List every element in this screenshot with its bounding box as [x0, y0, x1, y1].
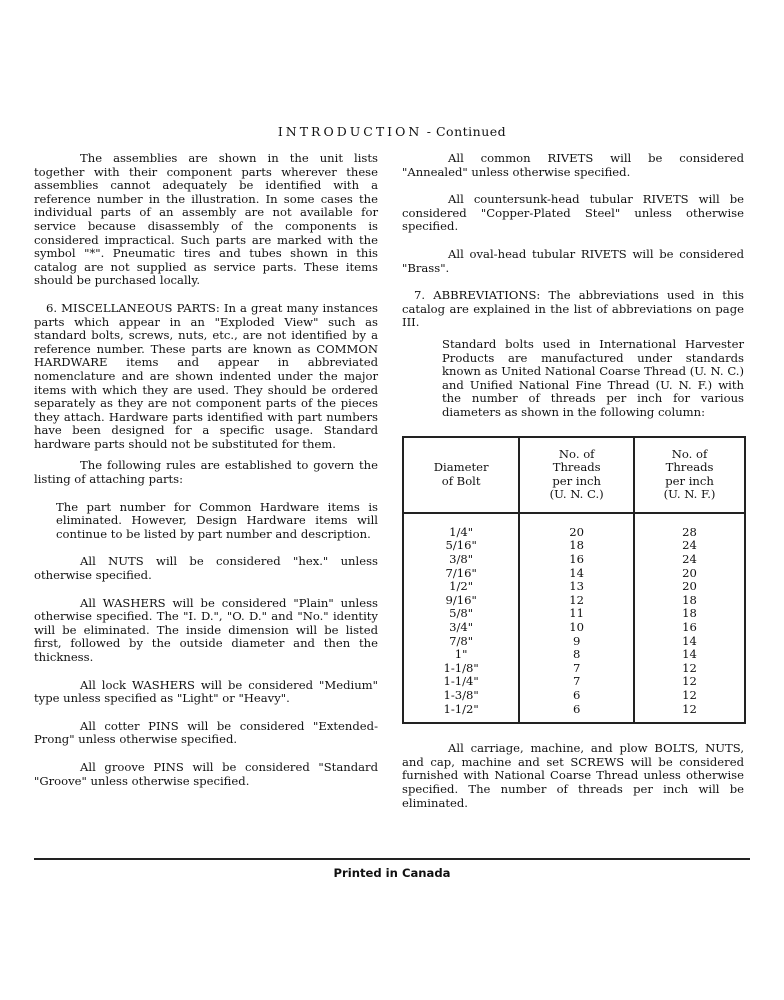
bolt-diameter-cell: 1/2"	[403, 580, 519, 594]
unf-threads-cell: 14	[634, 635, 745, 649]
assemblies-paragraph: The assemblies are shown in the unit lis…	[34, 152, 378, 288]
page-subtitle: Continued	[436, 124, 506, 139]
unc-threads-cell: 6	[519, 689, 634, 703]
table-row: 5/16"1824	[403, 539, 745, 553]
unf-threads-cell: 20	[634, 580, 745, 594]
groove-pins-rule: All groove PINS will be considered "Stan…	[34, 761, 378, 788]
page-title: INTRODUCTION	[278, 124, 422, 139]
table-row: 7/8"914	[403, 635, 745, 649]
bolt-diameter-cell: 5/8"	[403, 607, 519, 621]
unf-threads-cell: 20	[634, 567, 745, 581]
unf-threads-header: No. of Threads per inch (U. N. F.)	[634, 437, 745, 513]
table-row: 1-1/8"712	[403, 662, 745, 676]
bolt-diameter-cell: 7/8"	[403, 635, 519, 649]
cotter-pins-rule: All cotter PINS will be considered "Exte…	[34, 720, 378, 747]
lock-washers-rule: All lock WASHERS will be considered "Med…	[34, 679, 378, 706]
unf-threads-cell: 12	[634, 675, 745, 689]
bolt-diameter-cell: 5/16"	[403, 539, 519, 553]
footer-divider	[34, 858, 750, 860]
unc-threads-cell: 7	[519, 675, 634, 689]
table-row: 1-1/4"712	[403, 675, 745, 689]
bolt-diameter-cell: 1"	[403, 648, 519, 662]
common-rivets-rule: All common RIVETS will be considered "An…	[402, 152, 744, 179]
bolt-diameter-cell: 7/16"	[403, 567, 519, 581]
unc-threads-cell: 14	[519, 567, 634, 581]
washers-rule: All WASHERS will be considered "Plain" u…	[34, 597, 378, 665]
title-separator: -	[422, 124, 436, 139]
unc-threads-cell: 6	[519, 703, 634, 724]
unf-threads-cell: 18	[634, 594, 745, 608]
bolt-diameter-cell: 1-3/8"	[403, 689, 519, 703]
abbreviations-section: 7. ABBREVIATIONS: The abbreviations used…	[402, 289, 744, 330]
bolt-diameter-cell: 9/16"	[403, 594, 519, 608]
unf-threads-cell: 16	[634, 621, 745, 635]
table-row: 1-3/8"612	[403, 689, 745, 703]
unf-threads-cell: 28	[634, 513, 745, 540]
left-column: The assemblies are shown in the unit lis…	[34, 152, 378, 802]
bolt-diameter-cell: 3/4"	[403, 621, 519, 635]
unc-threads-cell: 20	[519, 513, 634, 540]
table-row: 9/16"1218	[403, 594, 745, 608]
common-hardware-rule: The part number for Common Hardware item…	[56, 501, 378, 542]
table-row: 1/4"2028	[403, 513, 745, 540]
unf-threads-cell: 24	[634, 539, 745, 553]
threads-per-inch-table: Diameter of BoltNo. of Threads per inch …	[402, 436, 746, 725]
rules-intro-paragraph: The following rules are established to g…	[34, 459, 378, 486]
unc-threads-cell: 18	[519, 539, 634, 553]
table-row: 3/8"1624	[403, 553, 745, 567]
table-row: 7/16"1420	[403, 567, 745, 581]
table-row: 1-1/2"612	[403, 703, 745, 724]
unc-threads-cell: 9	[519, 635, 634, 649]
bolt-diameter-cell: 1/4"	[403, 513, 519, 540]
right-column: All common RIVETS will be considered "An…	[402, 152, 744, 824]
oval-head-rivets-rule: All oval-head tubular RIVETS will be con…	[402, 248, 744, 275]
nuts-rule: All NUTS will be considered "hex." unles…	[34, 555, 378, 582]
unc-threads-cell: 7	[519, 662, 634, 676]
unf-threads-cell: 12	[634, 662, 745, 676]
unc-threads-cell: 16	[519, 553, 634, 567]
unf-threads-cell: 14	[634, 648, 745, 662]
unc-threads-cell: 8	[519, 648, 634, 662]
table-row: 1"814	[403, 648, 745, 662]
bolts-nuts-screws-rule: All carriage, machine, and plow BOLTS, N…	[402, 742, 744, 810]
unf-threads-cell: 12	[634, 703, 745, 724]
printed-in-canada: Printed in Canada	[0, 866, 784, 880]
countersunk-rivets-rule: All countersunk-head tubular RIVETS will…	[402, 193, 744, 234]
unc-threads-cell: 11	[519, 607, 634, 621]
bolt-diameter-cell: 1-1/4"	[403, 675, 519, 689]
page-header: INTRODUCTION - Continued	[0, 124, 784, 139]
table-row: 1/2"1320	[403, 580, 745, 594]
unc-threads-cell: 10	[519, 621, 634, 635]
unc-threads-cell: 12	[519, 594, 634, 608]
bolt-diameter-cell: 1-1/8"	[403, 662, 519, 676]
standard-bolts-paragraph: Standard bolts used in International Har…	[442, 338, 744, 420]
table-row: 5/8"1118	[403, 607, 745, 621]
unf-threads-cell: 18	[634, 607, 745, 621]
unc-threads-cell: 13	[519, 580, 634, 594]
table-row: 3/4"1016	[403, 621, 745, 635]
misc-parts-section: 6. MISCELLANEOUS PARTS: In a great many …	[34, 302, 378, 452]
unf-threads-cell: 24	[634, 553, 745, 567]
unf-threads-cell: 12	[634, 689, 745, 703]
bolt-diameter-cell: 1-1/2"	[403, 703, 519, 724]
diameter-header: Diameter of Bolt	[403, 437, 519, 513]
bolt-diameter-cell: 3/8"	[403, 553, 519, 567]
unc-threads-header: No. of Threads per inch (U. N. C.)	[519, 437, 634, 513]
